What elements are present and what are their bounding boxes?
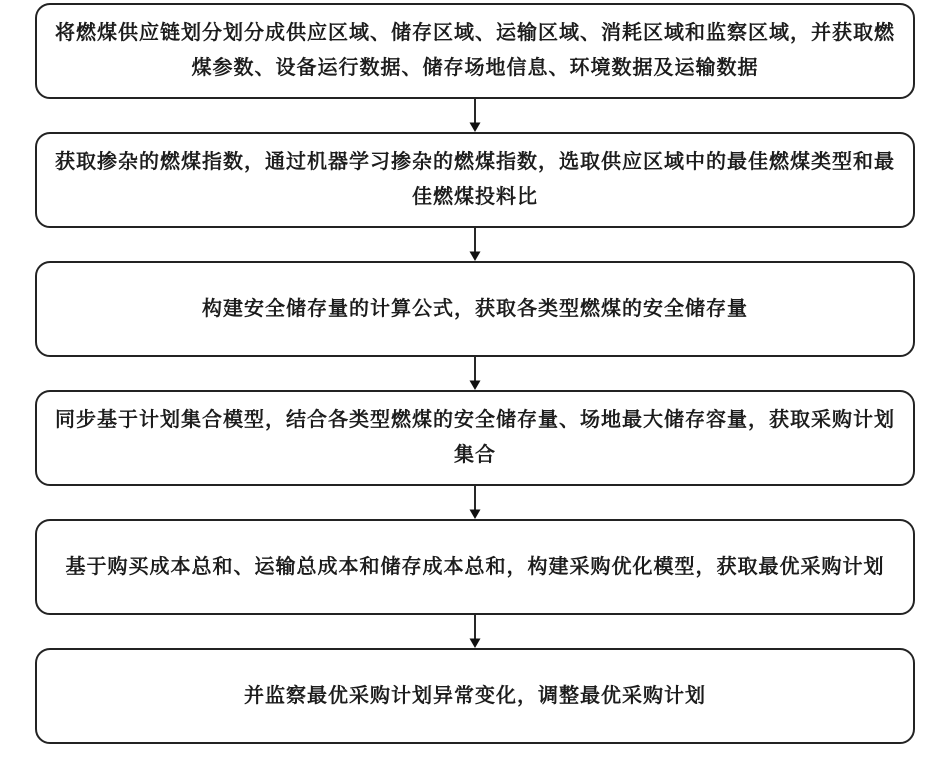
flow-arrow-5 xyxy=(35,615,915,648)
flow-arrow-4 xyxy=(35,486,915,519)
down-arrow-icon xyxy=(465,486,485,519)
flow-step-2: 获取掺杂的燃煤指数，通过机器学习掺杂的燃煤指数，选取供应区域中的最佳燃煤类型和最… xyxy=(35,132,915,228)
down-arrow-icon xyxy=(465,99,485,132)
flow-step-3-text: 构建安全储存量的计算公式，获取各类型燃煤的安全储存量 xyxy=(51,292,899,327)
flow-step-2-text: 获取掺杂的燃煤指数，通过机器学习掺杂的燃煤指数，选取供应区域中的最佳燃煤类型和最… xyxy=(51,145,899,215)
flow-step-6: 并监察最优采购计划异常变化，调整最优采购计划 xyxy=(35,648,915,744)
flowchart: 将燃煤供应链划分划分成供应区域、储存区域、运输区域、消耗区域和监察区域，并获取燃… xyxy=(35,3,915,744)
flow-step-5-text: 基于购买成本总和、运输总成本和储存成本总和，构建采购优化模型，获取最优采购计划 xyxy=(51,550,899,585)
flow-arrow-1 xyxy=(35,99,915,132)
flowchart-canvas: 将燃煤供应链划分划分成供应区域、储存区域、运输区域、消耗区域和监察区域，并获取燃… xyxy=(0,0,931,773)
flow-step-3: 构建安全储存量的计算公式，获取各类型燃煤的安全储存量 xyxy=(35,261,915,357)
down-arrow-icon xyxy=(465,357,485,390)
flow-step-4-text: 同步基于计划集合模型，结合各类型燃煤的安全储存量、场地最大储存容量，获取采购计划… xyxy=(51,403,899,473)
flow-step-1-text: 将燃煤供应链划分划分成供应区域、储存区域、运输区域、消耗区域和监察区域，并获取燃… xyxy=(51,16,899,86)
flow-arrow-2 xyxy=(35,228,915,261)
down-arrow-icon xyxy=(465,615,485,648)
flow-step-6-text: 并监察最优采购计划异常变化，调整最优采购计划 xyxy=(51,679,899,714)
flow-arrow-3 xyxy=(35,357,915,390)
down-arrow-icon xyxy=(465,228,485,261)
flow-step-4: 同步基于计划集合模型，结合各类型燃煤的安全储存量、场地最大储存容量，获取采购计划… xyxy=(35,390,915,486)
flow-step-1: 将燃煤供应链划分划分成供应区域、储存区域、运输区域、消耗区域和监察区域，并获取燃… xyxy=(35,3,915,99)
flow-step-5: 基于购买成本总和、运输总成本和储存成本总和，构建采购优化模型，获取最优采购计划 xyxy=(35,519,915,615)
